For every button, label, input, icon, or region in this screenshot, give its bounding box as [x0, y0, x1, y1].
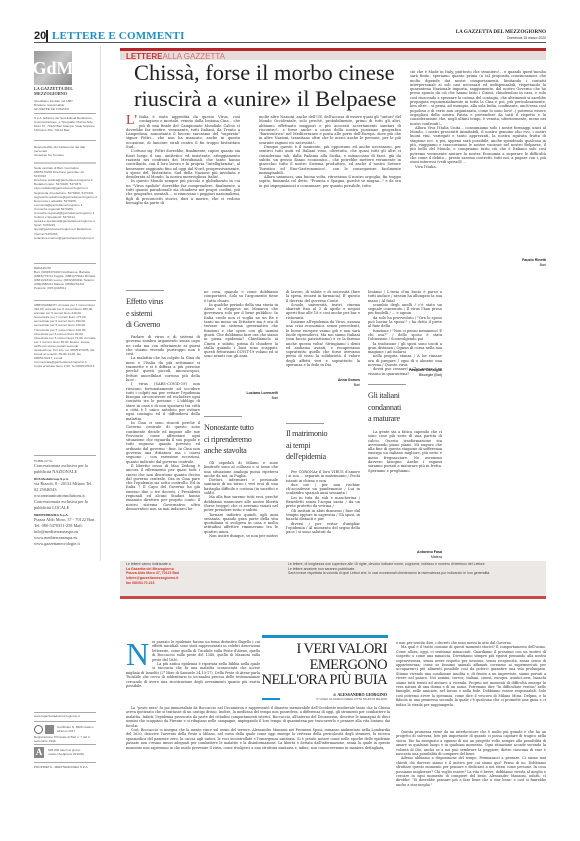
readership-info: 505.000 lettori al giorno medio (Audipre…: [48, 748, 98, 756]
title-line: e sistemi: [126, 308, 186, 320]
divider: [34, 162, 96, 164]
dropcap: L': [126, 115, 137, 126]
letter-rule: [368, 384, 406, 385]
privacy-name: Giuseppe De Tomaso: [34, 153, 96, 157]
paragraph: lontano / L'invio d'un bacio è parso a t…: [368, 290, 442, 303]
title-line: Gli italiani: [368, 390, 442, 402]
paragraph: Gli ospedali di Milano e zone limitrofe …: [204, 461, 278, 478]
paragraph: Per CORONAr il loro VIRUS d'amore / si s…: [286, 470, 360, 483]
mediterranea-info: Piazza Aldo Moro, 37 - 70122 Bari. Tel. …: [34, 517, 96, 547]
gdm-logo-icon: GdM: [34, 51, 72, 85]
divider: [34, 113, 96, 114]
main-letter-signature: Fausto Rinetti Bari: [410, 258, 546, 267]
logo-name: LA GAZZETTA DEL MEZZOGIORNO: [34, 87, 94, 96]
author: Antonino Fasa: [417, 550, 442, 554]
paragraph: diversi / per evitar d'ampliar l'epidemi…: [286, 522, 360, 535]
paragraph: Questa promessa viene da un interlocutor…: [396, 730, 546, 756]
paragraph: Dottori, infermieri e personale sanitari…: [204, 478, 278, 495]
title-line: dell'epidemia: [286, 451, 360, 463]
letter-nonostante-col-2: di lavoro, di salute e di necessità (far…: [286, 290, 360, 367]
paragraph: Viva l'Italia.: [410, 165, 546, 169]
letter-virus-governo-col-1: Parlare di virus e di sistemi di governo…: [126, 335, 200, 511]
section-title: LETTERE E COMMENTI: [52, 30, 185, 42]
notice-bottom-rule: [120, 596, 546, 599]
letter-matrimonio-signature: Pasquale Consiglio Bisceglie (Bat): [368, 368, 442, 377]
paragraph: ciò che è Made in Italy, piuttosto che s…: [410, 70, 546, 126]
page-number-divider: [46, 30, 48, 42]
paragraph: La malattia che ha colpito la Cina da me…: [126, 356, 200, 382]
title-line: condannati: [368, 402, 442, 414]
opinion-col-1: N ei passato le epidemie furono un tema …: [126, 640, 260, 688]
letter-virus-governo-col-2: ne cosa, quando e come dobbiamo comporta…: [204, 290, 278, 359]
paragraph: In questo Mondo sempre più piccolo e glo…: [126, 179, 240, 205]
letter-title-italiani: Gli italiani condannati a maturare: [368, 390, 442, 425]
opinion-title: I VERI VALORI EMERGONO NELL'ORA PIÙ BUIA: [250, 642, 387, 689]
paragraph: di lavoro, di salute e di necessità (far…: [286, 290, 360, 303]
page-number: 20: [34, 30, 46, 42]
letter-nonostante-signature: Anna Gomes Bari: [286, 378, 360, 387]
city: Bari: [204, 396, 278, 401]
title-line-1: Chissà, forse il morbo cinese: [134, 60, 424, 86]
divider: [34, 712, 96, 713]
title-line: Nonostante tutto: [204, 422, 278, 434]
title-line: ci riprenderemo: [204, 434, 278, 446]
rule-text: Sarà invece rispettata la volontà di que…: [288, 571, 538, 576]
fieg-logo-icon: [45, 725, 54, 734]
registration-text: Registrazione Tribunale di Bari n. 7 del…: [34, 735, 96, 743]
divider: [34, 263, 96, 264]
header-rule: [34, 42, 546, 43]
paragraph: La "peste nera" fu poi immortalata da Bo…: [126, 706, 390, 728]
letter-rule: [204, 416, 242, 417]
city: Bari: [410, 263, 546, 268]
letter-matrimonio-col-2: lontano / L'invio d'un bacio è parso a t…: [368, 290, 442, 376]
paragraph: I virus (SARS-COVID-19) non riescono for…: [126, 382, 200, 421]
divider: [34, 455, 96, 456]
paragraph: da solo ha provveduto / "Ora lo sposo pu…: [368, 316, 442, 329]
opinion-right-top: e non per sentito dire, i decreti che so…: [396, 641, 546, 707]
paragraph: L'ottuso sig. Feltri dovrebbe, finalment…: [126, 149, 240, 179]
title-line: di Governo: [126, 319, 186, 331]
divider: [34, 744, 96, 745]
main-letter-title: Chissà, forse il morbo cinese riuscirà a…: [134, 60, 424, 112]
paragraph: Adesso abbiamo a disposizione del tempo.…: [396, 756, 546, 787]
letter-nonostante-col-1: Gli ospedali di Milano e zone limitrofe …: [204, 461, 278, 538]
letter-title-virus-governo: Effetto virus e sistemi di Governo: [126, 296, 186, 331]
paragraph: scambio degli anelli / c'è stato un segn…: [368, 303, 442, 316]
city: Matera: [368, 555, 442, 560]
locale-concessionaire: Concessionaria esclusiva per la pubblici…: [34, 499, 96, 511]
publisher-info: S.p.A. Edisrice del Sud-Edisud Redazione…: [34, 116, 96, 132]
author: Pasquale Consiglio: [409, 368, 442, 372]
paragraph: La gente sta a fatica capendo che ci son…: [368, 430, 442, 473]
letters-frame: [100, 46, 101, 561]
letter-rule: [286, 423, 324, 424]
paragraph: Allora Viva l'Italia Unita... consumiamo…: [410, 126, 546, 165]
title-line: Effetto virus: [126, 296, 186, 308]
letter-matrimonio-col-1: Per CORONAr il loro VIRUS d'amore / si s…: [286, 470, 360, 534]
author-school: 4° LICEO CLASSICO PAESI CITTÀ STUDI DI M…: [266, 697, 387, 701]
fax-number: fax 080/54.70.215: [126, 581, 326, 586]
paragraph: Italia è stata aggredita da questo Virus…: [126, 115, 240, 149]
paragraph: due ore / per non rischiar ch'accadesse …: [286, 483, 360, 496]
main-letter-col-3: ciò che è Made in Italy, piuttosto che s…: [410, 70, 546, 169]
abbonamenti-info: ABBONAMENTI: Annuale per 7 numeri Euro 3…: [34, 303, 96, 369]
privacy-info: Responsabile del trattamento dei dati pe…: [34, 145, 96, 157]
title-line-2: riuscirà a «unire» il Belpaese: [134, 86, 424, 112]
paragraph: Così, Boccaccio ci insegna che la mente …: [126, 728, 390, 750]
paragraph: Gli invitati in abiti dismessi / fuor da…: [286, 509, 360, 522]
divider: [34, 721, 96, 722]
paragraph: molte altre Nazioni, anche dell'UE, dell…: [259, 115, 401, 145]
title-line: a maturare: [368, 413, 442, 425]
paragraph: Non uscire dunque, se non per motivi: [204, 534, 278, 538]
rcs-info: via Rizzoli, 8 - 20132 Milano Tel. 02 25…: [34, 481, 96, 499]
paragraph: Dunque questo è il momento, più opportun…: [259, 145, 401, 175]
paragraph: la tradizione / gli sposi sono usciti a …: [368, 342, 442, 355]
contacts-info: Sede centrale di Bari: Centralino: 080/5…: [34, 166, 96, 240]
letters-rules: Le lettere, di lunghezza non superiore a…: [288, 562, 538, 576]
paragraph: Ma qual è il tratto comune di questi mom…: [396, 645, 546, 707]
title-line: anche stavolta: [204, 445, 278, 457]
letter-rule: [126, 290, 164, 291]
author: Fausto Rinetti: [522, 258, 546, 262]
dropcap: N: [126, 641, 149, 667]
letter-virus-governo-signature: Luciano Lorenzelli Bari: [204, 391, 278, 400]
audipress-logo-icon: A: [34, 747, 44, 758]
paragraph: ne cosa, quando e come dobbiamo comporta…: [204, 290, 278, 303]
redazioni-list: Bari: (080)5470430 Nordbarese: Barletta …: [34, 270, 96, 290]
title-line: Il matrimonio: [286, 428, 360, 440]
letter-title-nonostante: Nonostante tutto ci riprenderemo anche s…: [204, 422, 278, 457]
opinion-right-bottom: Questa promessa viene da un interlocutor…: [396, 730, 546, 787]
city: Bari: [286, 383, 360, 388]
city: Bisceglie (Bat): [368, 373, 442, 378]
privacy-label: Responsabile del trattamento dei dati pe…: [34, 145, 96, 153]
letter-italiani-body: La gente sta a fatica capendo che ci son…: [368, 430, 442, 473]
opinion-title-rule: [262, 635, 388, 638]
masthead-founding: Quotidiano fondato nel 1887 Direttore re…: [34, 99, 96, 111]
paragraph: Insieme all'epidemia da Virus, avanza un…: [286, 320, 360, 367]
opinion-wide-left: La "peste nera" fu poi immortalata da Bo…: [126, 706, 390, 750]
main-letter-col-2: molte altre Nazioni, anche dell'UE, dell…: [259, 115, 401, 188]
certification-text: Certificato N. 8606 relativo all'anno 20…: [57, 725, 97, 733]
letter-title-matrimonio: Il matrimonio ai tempi dell'epidemia: [286, 428, 360, 463]
certification-seal-icon: [34, 725, 43, 734]
paper-name: LA GAZZETTA DEL MEZZOGIORNO: [430, 29, 546, 35]
paragraph: Ma alla fine saremo tutti eroi, perché d…: [204, 495, 278, 512]
nazionale-concessionaire: Concessionaria esclusiva per la pubblici…: [34, 463, 96, 475]
paragraph: nella propria stanza / A lor rimane ora …: [368, 354, 442, 367]
paragraph: funzione / "Non ci penso nemmeno! E chi …: [368, 329, 442, 342]
paragraph: Allora uniamoci, una buona volta, ritrov…: [259, 175, 401, 188]
website-link[interactable]: www.lagazzettadelmezzogiorno.it: [34, 714, 96, 718]
paragraph: In Cina ci sono riusciti perché il Gover…: [126, 421, 200, 464]
paragraph: ei passato le epidemie furono un tema di…: [152, 640, 260, 662]
director-name: GIUSEPPE DE TOMASO: [34, 107, 96, 111]
letter-italiani-signature: Antonino Fasa Matera: [368, 550, 442, 559]
paragraph: Il libretto rosso di Mao Zedong è ancora…: [126, 464, 200, 511]
paragraph: In qualche periodo della sua storia in A…: [204, 303, 278, 359]
redazioni-info: REDAZIONI Bari: (080)5470430 Nordbarese:…: [34, 266, 96, 291]
advertising-info: PUBBLICITÀ: Concessionaria esclusiva per…: [34, 459, 96, 547]
author: Luciano Lorenzelli: [246, 391, 278, 395]
title-line: ai tempi: [286, 440, 360, 452]
ownership-text: PROPRIETÀ - MEDITERRANEA S.P.A.: [34, 765, 96, 769]
author: Anna Gomes: [338, 378, 360, 382]
issue-date: Domenica 15 marzo 2020: [430, 36, 546, 40]
paragraph: Lei in tuta da sub e mascherina / Benede…: [286, 496, 360, 509]
divider: [34, 300, 96, 301]
divider: [34, 140, 96, 141]
main-letter-col-1: L' Italia è stata aggredita da questo Vi…: [126, 115, 240, 205]
divider: [34, 762, 96, 763]
readers-note: medio (Audipress 2019/III): [48, 752, 98, 756]
paragraph: Scuole, università, teatri, cinema sbarr…: [286, 303, 360, 320]
paragraph: Parlare di virus e di sistemi di governo…: [126, 335, 200, 356]
paragraph: Tornare indietro quindi, agli anni sessa…: [204, 513, 278, 534]
